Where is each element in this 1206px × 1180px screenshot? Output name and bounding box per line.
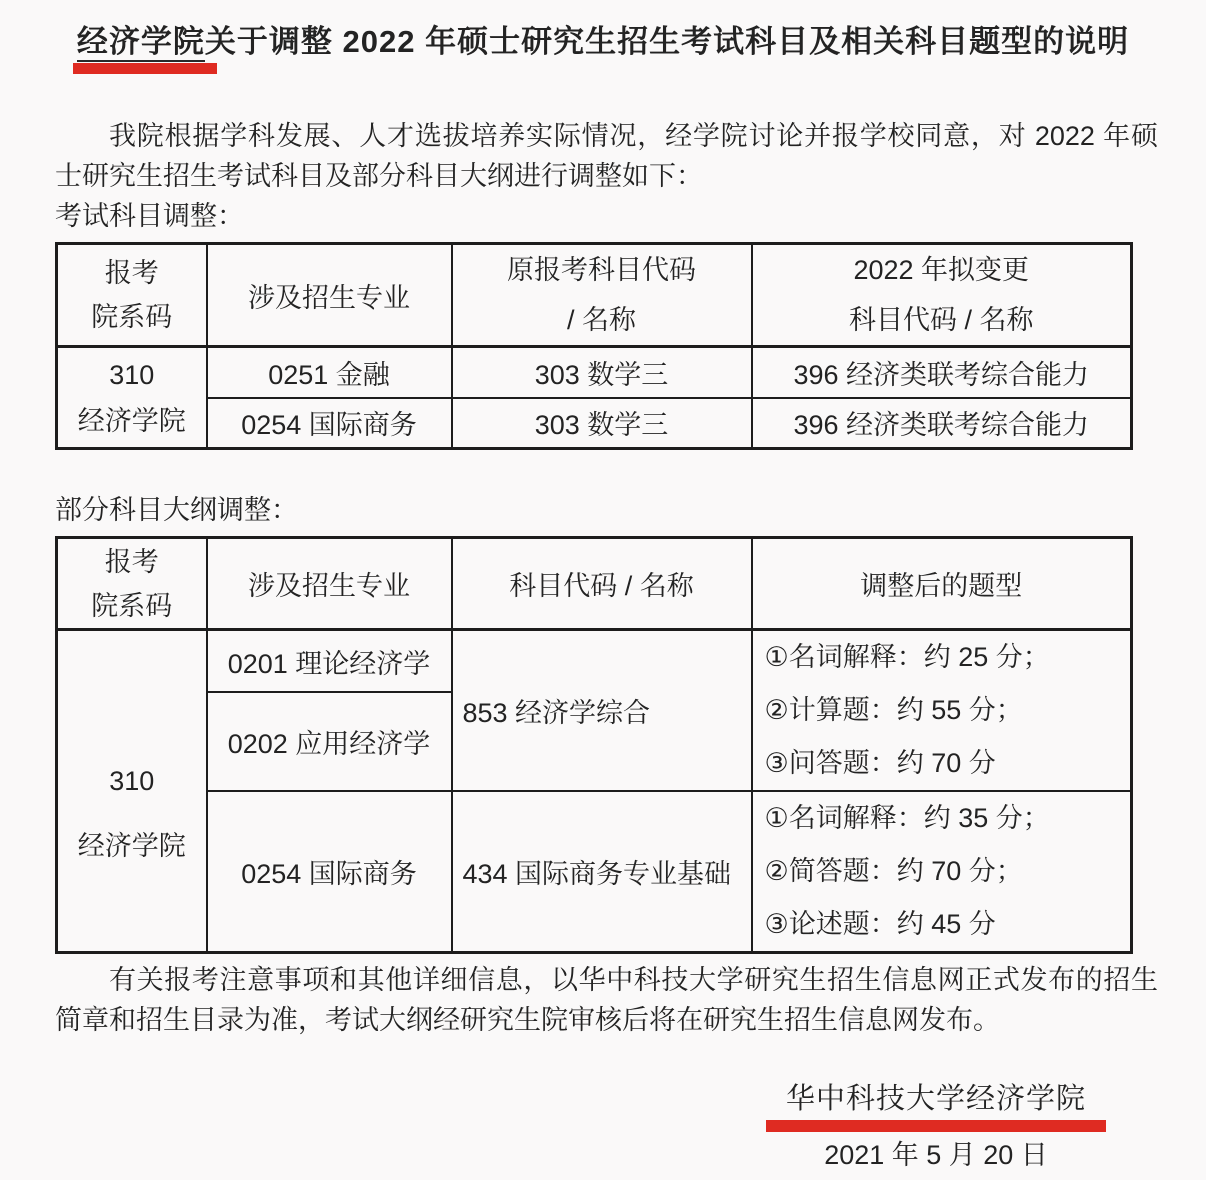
header-question-types: 调整后的题型: [752, 538, 1132, 630]
cell-question-types: ①名词解释：约 35 分； ②简答题：约 70 分； ③论述题：约 45 分: [752, 791, 1132, 953]
header-dept-code: 报考 院系码: [57, 244, 207, 347]
header-old-subject: 原报考科目代码 / 名称: [452, 244, 752, 347]
header-majors: 涉及招生专业: [207, 538, 452, 630]
cell-old-subject: 303 数学三: [452, 398, 752, 449]
signature-date: 2021 年 5 月 20 日: [766, 1140, 1106, 1171]
table-row: 310 经济学院 0251 金融 303 数学三 396 经济类联考综合能力: [57, 347, 1132, 398]
section1-label: 考试科目调整：: [55, 198, 1206, 234]
cell-major: 0251 金融: [207, 347, 452, 398]
cell-major: 0201 理论经济学: [207, 630, 452, 693]
cell-major: 0254 国际商务: [207, 791, 452, 953]
cell-new-subject: 396 经济类联考综合能力: [752, 398, 1132, 449]
header-new-subject: 2022 年拟变更 科目代码 / 名称: [752, 244, 1132, 347]
title-underlined-college: 经济学院: [77, 24, 205, 62]
header-majors: 涉及招生专业: [207, 244, 452, 347]
cell-major: 0202 应用经济学: [207, 692, 452, 791]
title-college-text: 经济学院: [77, 24, 205, 59]
table-row: 310 经济学院 0201 理论经济学 853 经济学综合 ①名词解释：约 25…: [57, 630, 1132, 693]
page-title: 经济学院关于调整 2022 年硕士研究生招生考试科目及相关科目题型的说明: [0, 0, 1206, 60]
cell-dept: 310 经济学院: [57, 347, 207, 449]
title-red-underline: [73, 63, 217, 74]
header-subject: 科目代码 / 名称: [452, 538, 752, 630]
exam-subject-change-table: 报考 院系码 涉及招生专业 原报考科目代码 / 名称 2022 年拟变更 科目代…: [55, 242, 1133, 450]
cell-question-types: ①名词解释：约 25 分； ②计算题：约 55 分； ③问答题：约 70 分: [752, 630, 1132, 792]
cell-old-subject: 303 数学三: [452, 347, 752, 398]
header-dept-code: 报考 院系码: [57, 538, 207, 630]
section2-label: 部分科目大纲调整：: [55, 492, 1206, 528]
cell-new-subject: 396 经济类联考综合能力: [752, 347, 1132, 398]
table-row: 0254 国际商务 303 数学三 396 经济类联考综合能力: [57, 398, 1132, 449]
table-header-row: 报考 院系码 涉及招生专业 科目代码 / 名称 调整后的题型: [57, 538, 1132, 630]
cell-subject: 434 国际商务专业基础: [452, 791, 752, 953]
document-page: 经济学院关于调整 2022 年硕士研究生招生考试科目及相关科目题型的说明 我院根…: [0, 0, 1206, 1171]
closing-paragraph: 有关报考注意事项和其他详细信息，以华中科技大学研究生招生信息网正式发布的招生 简…: [55, 960, 1158, 1040]
intro-paragraph: 我院根据学科发展、人才选拔培养实际情况，经学院讨论并报学校同意，对 2022 年…: [55, 116, 1158, 196]
closing-line: 简章和招生目录为准，考试大纲经研究生院审核后将在研究生招生信息网发布。: [55, 1000, 1158, 1040]
signature-name: 华中科技大学经济学院: [766, 1082, 1106, 1116]
cell-major: 0254 国际商务: [207, 398, 452, 449]
syllabus-change-table: 报考 院系码 涉及招生专业 科目代码 / 名称 调整后的题型 310 经济学院 …: [55, 536, 1133, 954]
intro-line: 我院根据学科发展、人才选拔培养实际情况，经学院讨论并报学校同意，对 2022 年…: [55, 116, 1158, 156]
table-header-row: 报考 院系码 涉及招生专业 原报考科目代码 / 名称 2022 年拟变更 科目代…: [57, 244, 1132, 347]
intro-line: 士研究生招生考试科目及部分科目大纲进行调整如下：: [55, 156, 1158, 196]
closing-line: 有关报考注意事项和其他详细信息，以华中科技大学研究生招生信息网正式发布的招生: [55, 960, 1158, 1000]
signature-block: 华中科技大学经济学院 2021 年 5 月 20 日: [766, 1082, 1106, 1171]
table-row: 0254 国际商务 434 国际商务专业基础 ①名词解释：约 35 分； ②简答…: [57, 791, 1132, 953]
signature-red-underline: [766, 1120, 1106, 1132]
cell-subject: 853 经济学综合: [452, 630, 752, 792]
cell-dept: 310 经济学院: [57, 630, 207, 953]
title-rest-text: 关于调整 2022 年硕士研究生招生考试科目及相关科目题型的说明: [205, 24, 1129, 59]
